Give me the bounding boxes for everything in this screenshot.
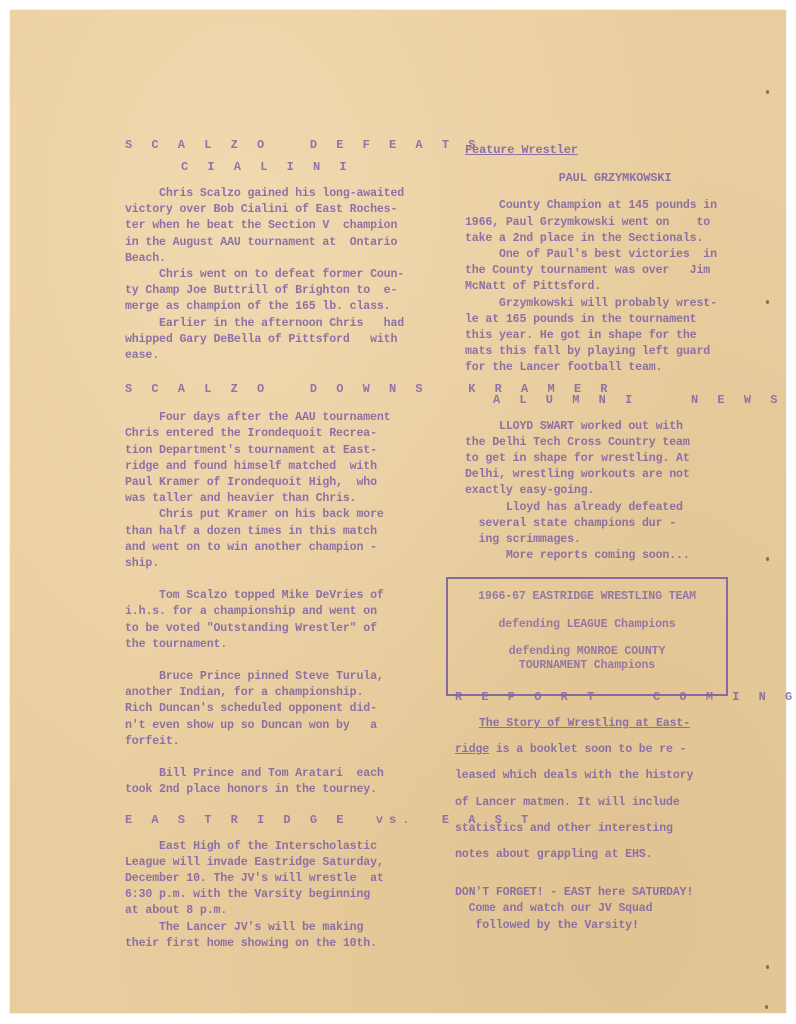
heading-scalzo-downs-kramer: S C A L Z O D O W N S K R A M E R [125,382,425,396]
staple-mark [766,90,769,94]
booklet-title-cont: ridge [455,743,489,756]
right-column: Feature Wrestler PAUL GRZYMKOWSKI County… [465,142,765,564]
booklet-line: statistics and other interesting [455,821,775,837]
booklet-line: notes about grappling at EHS. [455,847,775,863]
booklet-line: of Lancer matmen. It will include [455,795,775,811]
article-paragraph: Chris went on to defeat former Coun- ty … [125,267,425,316]
article-paragraph: East High of the Interscholastic League … [125,839,425,920]
article-paragraph: Tom Scalzo topped Mike DeVries of i.h.s.… [125,588,425,653]
article-paragraph: County Champion at 145 pounds in 1966, P… [465,198,765,247]
booklet-title: The Story of Wrestling at East- [479,717,690,730]
left-column: S C A L Z O D E F E A T S C I A L I N I … [125,138,425,952]
heading-cialini: C I A L I N I [125,160,425,174]
heading-scalzo-defeats: S C A L Z O D E F E A T S [125,138,425,152]
article-paragraph: Lloyd has already defeated several state… [465,500,765,549]
article-paragraph: Chris put Kramer on his back more than h… [125,507,425,572]
staple-mark [765,1005,768,1009]
team-notice-box: 1966-67 EASTRIDGE WRESTLING TEAM defendi… [446,577,728,696]
feature-wrestler-label: Feature Wrestler [465,142,765,158]
article-paragraph: Chris Scalzo gained his long-awaited vic… [125,186,425,267]
reminder-line: followed by the Varsity! [455,918,775,934]
staple-mark [766,965,769,969]
reminder-line: Come and watch our JV Squad [455,901,775,917]
booklet-text: is a booklet soon to be re - [489,743,686,756]
heading-eastridge-vs-east: E A S T R I D G E vs. E A S T [125,813,425,827]
heading-report-coming: R E P O R T C O M I N G [455,690,775,704]
article-paragraph: Bruce Prince pinned Steve Turula, anothe… [125,669,425,750]
report-coming-section: R E P O R T C O M I N G The Story of Wre… [455,690,775,934]
article-paragraph: Grzymkowski will probably wrest- le at 1… [465,296,765,377]
booklet-title-line: The Story of Wrestling at East- [455,716,775,732]
article-paragraph: Bill Prince and Tom Aratari each took 2n… [125,766,425,798]
booklet-line: ridge is a booklet soon to be re - [455,742,775,758]
notice-county: defending MONROE COUNTY TOURNAMENT Champ… [448,645,726,673]
staple-mark [766,557,769,561]
article-paragraph: More reports coming soon... [465,548,765,564]
article-paragraph: Earlier in the afternoon Chris had whipp… [125,316,425,365]
staple-mark [766,300,769,304]
reminder-line: DON'T FORGET! - EAST here SATURDAY! [455,885,775,901]
feature-wrestler-name: PAUL GRZYMKOWSKI [465,170,765,186]
article-paragraph: LLOYD SWART worked out with the Delhi Te… [465,419,765,500]
heading-alumni-news: A L U M N I N E W S [465,393,765,407]
article-paragraph: One of Paul's best victories in the Coun… [465,247,765,296]
notice-league: defending LEAGUE Champions [448,617,726,633]
newsletter-page: S C A L Z O D E F E A T S C I A L I N I … [10,10,786,1013]
booklet-line: leased which deals with the history [455,768,775,784]
article-paragraph: Four days after the AAU tournament Chris… [125,410,425,507]
notice-title: 1966-67 EASTRIDGE WRESTLING TEAM [448,589,726,605]
article-paragraph: The Lancer JV's will be making their fir… [125,920,425,952]
